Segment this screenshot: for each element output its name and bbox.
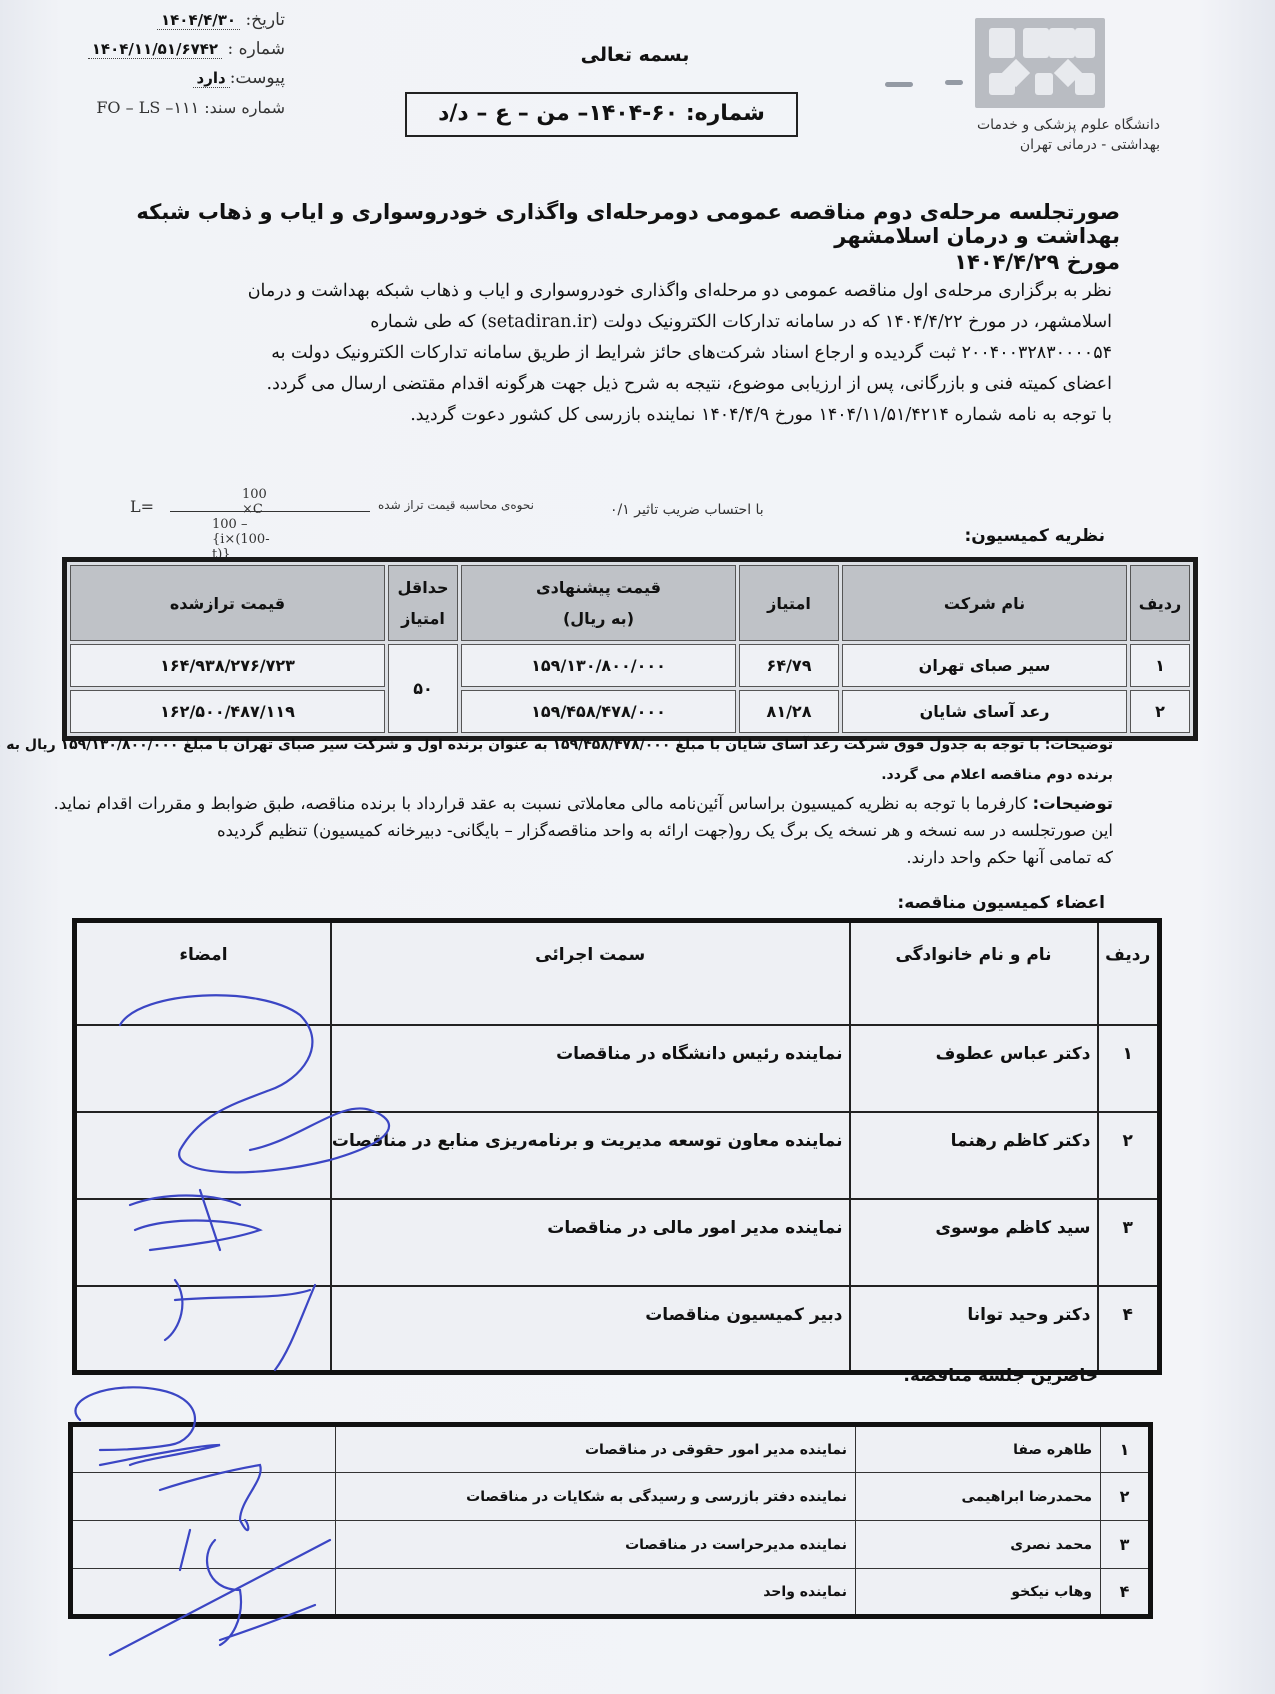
scan-smudge: [885, 82, 913, 87]
commission-opinion-heading: نظریه کمیسیون:: [850, 526, 1105, 546]
signature-cell: [71, 1425, 336, 1473]
committee-members-heading: اعضاء کمیسیون مناقصه:: [800, 893, 1105, 913]
coefficient-label: با احتساب ضریب تاثیر ۰/۱: [610, 502, 764, 518]
signature-cell: [71, 1569, 336, 1617]
col-row: ردیف: [1130, 565, 1190, 641]
col-score: امتیاز: [739, 565, 839, 641]
table-row: ۴ وهاب نیکخو نماینده واحد: [71, 1569, 1151, 1617]
table-row: ۱ طاهره صفا نماینده مدیر امور حقوقی در م…: [71, 1425, 1151, 1473]
document-title: صورتجلسه مرحله‌ی دوم مناقصه عمومی دومرحل…: [110, 200, 1120, 248]
table-row: ۲ محمدرضا ابراهیمی نماینده دفتر بازرسی و…: [71, 1473, 1151, 1521]
date-label: تاریخ:: [245, 10, 285, 30]
attendees-table: ۱ طاهره صفا نماینده مدیر امور حقوقی در م…: [68, 1422, 1153, 1619]
col-company: نام شرکت: [842, 565, 1127, 641]
number-label: شماره :: [228, 39, 286, 59]
body-line: نظر به برگزاری مرحله‌ی اول مناقصه عمومی …: [150, 276, 1112, 307]
body-line: با توجه به نامه شماره ۱۴۰۴/۱۱/۵۱/۴۲۱۴ مو…: [150, 400, 1112, 431]
committee-members-table: ردیف نام و نام خانوادگی سمت اجرائی امضاء…: [72, 918, 1162, 1375]
date-value: ۱۴۰۴/۴/۳۰: [157, 11, 240, 30]
body-line: اسلامشهر، در مورخ ۱۴۰۴/۴/۲۲ که در سامانه…: [150, 307, 1112, 338]
table-row: ۴ دکتر وحید توانا دبیر کمیسیون مناقصات: [75, 1286, 1160, 1373]
signature-cell: [75, 1112, 331, 1199]
col-leveled-price: قیمت ترازشده: [70, 565, 385, 641]
body-line: ۲۰۰۴۰۰۳۲۸۳۰۰۰۰۵۴ ثبت گردیده و ارجاع اسنا…: [150, 338, 1112, 369]
doc-number-label: شماره سند:: [204, 98, 285, 117]
table-row: ۲ دکتر کاظم رهنما نماینده معاون توسعه مد…: [75, 1112, 1160, 1199]
document-page: تاریخ: ۱۴۰۴/۴/۳۰ شماره : ۱۴۰۴/۱۱/۵۱/۶۷۴۲…: [0, 0, 1275, 1694]
university-logo-icon: [975, 18, 1105, 108]
signature-cell: [75, 1286, 331, 1373]
notes-section: توضیحات: با توجه به جدول فوق شرکت رعد آس…: [125, 730, 1113, 871]
body-line: اعضای کمیته فنی و بازرگانی، پس از ارزیاب…: [150, 369, 1112, 400]
attachment-label: پیوست:: [230, 68, 285, 88]
organization-name: دانشگاه علوم پزشکی و خدمات بهداشتی - درم…: [960, 115, 1160, 155]
note-1: توضیحات: با توجه به جدول فوق شرکت رعد آس…: [125, 730, 1113, 760]
table-row: ۱ سیر صبای تهران ۶۴/۷۹ ۱۵۹/۱۳۰/۸۰۰/۰۰۰ ۵…: [70, 644, 1190, 687]
attendees-heading: حاضرین جلسه مناقصه:: [800, 1366, 1098, 1386]
signature-cell: [75, 1199, 331, 1286]
table-row: ۲ رعد آسای شایان ۸۱/۲۸ ۱۵۹/۴۵۸/۴۷۸/۰۰۰ ۱…: [70, 690, 1190, 733]
col-bid: قیمت پیشنهادی(به ریال): [461, 565, 736, 641]
scan-smudge: [945, 80, 963, 85]
table-row: ۳ محمد نصری نماینده مدیرحراست در مناقصات: [71, 1521, 1151, 1569]
body-paragraph: نظر به برگزاری مرحله‌ی اول مناقصه عمومی …: [150, 276, 1112, 431]
commission-opinion-table: ردیف نام شرکت امتیاز قیمت پیشنهادی(به ری…: [62, 557, 1198, 741]
signature-cell: [75, 1025, 331, 1112]
table-row: ۳ سید کاظم موسوی نماینده مدیر امور مالی …: [75, 1199, 1160, 1286]
bismillah-heading: بسمه تعالی: [560, 44, 710, 66]
number-value: ۱۴۰۴/۱۱/۵۱/۶۷۴۲: [88, 40, 222, 59]
signature-cell: [71, 1521, 336, 1569]
document-title-date: مورخ ۱۴۰۴/۴/۲۹: [880, 250, 1120, 274]
table-header-row: ردیف نام و نام خانوادگی سمت اجرائی امضاء: [75, 921, 1160, 1025]
signature-cell: [71, 1473, 336, 1521]
note-2-line2: این صورتجلسه در سه نسخه و هر نسخه یک برگ…: [125, 817, 1113, 844]
col-min-score: حداقلامتیاز: [388, 565, 458, 641]
document-meta: تاریخ: ۱۴۰۴/۴/۳۰ شماره : ۱۴۰۴/۱۱/۵۱/۶۷۴۲…: [45, 6, 285, 122]
attachment-value: دارد: [193, 69, 230, 88]
note-2-line3: که تمامی آنها حکم واحد دارند.: [125, 844, 1113, 871]
doc-number-value: FO – LS –۱۱۱: [96, 98, 199, 117]
table-header-row: ردیف نام شرکت امتیاز قیمت پیشنهادی(به ری…: [70, 565, 1190, 641]
min-score-cell: ۵۰: [388, 644, 458, 733]
reference-number-box: شماره: ۶۰-۱۴۰۴– من – ع – د/د: [405, 92, 798, 137]
table-row: ۱ دکتر عباس عطوف نماینده رئیس دانشگاه در…: [75, 1025, 1160, 1112]
formula-label: نحوه‌ی محاسبه قیمت تراز شده: [378, 498, 534, 512]
note-1-cont: برنده دوم مناقصه اعلام می گردد.: [125, 760, 1113, 790]
note-2: توضیحات: کارفرما با توجه به نظریه کمیسیو…: [125, 790, 1113, 817]
